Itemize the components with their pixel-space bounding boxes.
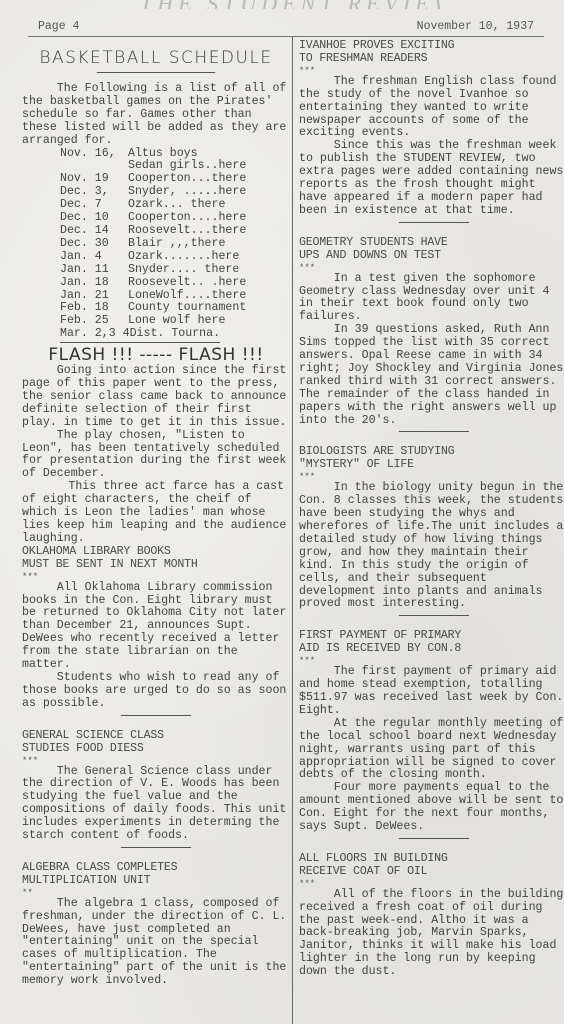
game-opponent: Ozark.......here [128, 251, 290, 264]
article-paragraph: The freshman English class found the stu… [299, 76, 564, 141]
right-column: IVANHOE PROVES EXCITINGTO FRESHMAN READE… [299, 40, 564, 979]
article-headline: OKLAHOMA LIBRARY BOOKS [22, 546, 290, 559]
article-separator [121, 715, 191, 716]
article: BIOLOGISTS ARE STUDYING"MYSTERY" OF LIFE… [299, 446, 564, 611]
schedule-row: Jan. 4Ozark.......here [60, 251, 290, 264]
flash-paragraph: This three act farce has a cast of eight… [22, 481, 290, 546]
article-separator [399, 222, 469, 223]
header-rule [28, 36, 544, 37]
article-paragraph: In a test given the sophomore Geometry c… [299, 273, 564, 325]
article: ALL FLOORS IN BUILDINGRECEIVE COAT OF OI… [299, 853, 564, 979]
issue-date: November 10, 1937 [417, 20, 534, 33]
game-opponent: Roosevelt.. .here [128, 277, 290, 290]
article-paragraph: In 39 questions asked, Ruth Ann Sims top… [299, 324, 564, 427]
article-separator [399, 615, 469, 616]
game-date: Jan. 18 [60, 277, 128, 290]
game-opponent: Snyder.... there [128, 264, 290, 277]
article-paragraph: All of the floors in the building receiv… [299, 889, 564, 979]
flash-paragraph: Going into action since the first page o… [22, 365, 290, 430]
left-column: BASKETBALL SCHEDULE The Following is a l… [22, 40, 290, 988]
game-date: Jan. 11 [60, 264, 128, 277]
right-articles: IVANHOE PROVES EXCITINGTO FRESHMAN READE… [299, 40, 564, 979]
schedule-row: Dec. 14Roosevelt...there [60, 225, 290, 238]
schedule-intro: The Following is a list of all of the ba… [22, 83, 290, 148]
article-paragraph: At the regular monthly meeting of the lo… [299, 718, 564, 783]
article-paragraph: In the biology unity begun in the Con. 8… [299, 482, 564, 611]
article-paragraph: Four more payments equal to the amount m… [299, 782, 564, 834]
title-underline [97, 72, 215, 73]
article: FIRST PAYMENT OF PRIMARYAID IS RECEIVED … [299, 630, 564, 834]
article-headline: GEOMETRY STUDENTS HAVE [299, 237, 564, 250]
game-opponent: Roosevelt...there [128, 225, 290, 238]
game-opponent: Dist. Tourna. [130, 327, 220, 340]
article: GEOMETRY STUDENTS HAVEUPS AND DOWNS ON T… [299, 237, 564, 428]
schedule-row: Dec. 30Blair ,,,there [60, 238, 290, 251]
article-headline: MULTIPLICATION UNIT [22, 875, 290, 888]
schedule-row: Jan. 11Snyder.... there [60, 264, 290, 277]
game-opponent: Blair ,,,there [128, 238, 290, 251]
article: OKLAHOMA LIBRARY BOOKSMUST BE SENT IN NE… [22, 546, 290, 711]
game-date: Nov. 16, [60, 148, 128, 161]
article-headline: RECEIVE COAT OF OIL [299, 866, 564, 879]
article-headline: MUST BE SENT IN NEXT MONTH [22, 559, 290, 572]
article: ALGEBRA CLASS COMPLETESMULTIPLICATION UN… [22, 862, 290, 988]
page-number: Page 4 [38, 20, 79, 33]
flash-article: Going into action since the first page o… [22, 365, 290, 546]
article-stars: *** [22, 756, 290, 766]
article-headline: ALL FLOORS IN BUILDING [299, 853, 564, 866]
game-date: Mar. 2,3 4 [60, 327, 130, 340]
article: GENERAL SCIENCE CLASSSTUDIES FOOD DIESS*… [22, 730, 290, 843]
article-headline: ALGEBRA CLASS COMPLETES [22, 862, 290, 875]
article-headline: GENERAL SCIENCE CLASS [22, 730, 290, 743]
masthead: THE STUDENT REVIEW [140, 0, 440, 9]
game-date: Dec. 30 [60, 238, 128, 251]
article-paragraph: The first payment of primary aid and hom… [299, 666, 564, 718]
schedule-row: Mar. 2,3 4Dist. Tourna. [60, 328, 220, 343]
article-headline: STUDIES FOOD DIESS [22, 743, 290, 756]
schedule-row: Jan. 18Roosevelt.. .here [60, 277, 290, 290]
newspaper-page: THE STUDENT REVIEW Page 4 November 10, 1… [0, 0, 564, 1024]
article-paragraph: All Oklahoma Library commission books in… [22, 582, 290, 672]
article-headline: AID IS RECEIVED BY CON.8 [299, 643, 564, 656]
article-separator [121, 847, 191, 848]
article-headline: IVANHOE PROVES EXCITING [299, 40, 564, 53]
column-divider [292, 36, 293, 1024]
schedule-list: Nov. 16,Altus boysSedan girls..hereNov. … [60, 148, 290, 344]
page-header: Page 4 November 10, 1937 [30, 20, 540, 36]
article-headline: TO FRESHMAN READERS [299, 53, 564, 66]
article-headline: "MYSTERY" OF LIFE [299, 459, 564, 472]
game-date: Dec. 14 [60, 225, 128, 238]
game-date: Jan. 4 [60, 251, 128, 264]
schedule-title: BASKETBALL SCHEDULE [22, 48, 290, 68]
flash-title: FLASH !!! ----- FLASH !!! [22, 345, 290, 365]
article-headline: UPS AND DOWNS ON TEST [299, 250, 564, 263]
flash-paragraph: The play chosen, "Listen to Leon", has b… [22, 430, 290, 482]
article-paragraph: The General Science class under the dire… [22, 766, 290, 843]
article-paragraph: Since this was the freshman week to publ… [299, 140, 564, 217]
left-articles: OKLAHOMA LIBRARY BOOKSMUST BE SENT IN NE… [22, 546, 290, 988]
article-paragraph: The algebra 1 class, composed of freshma… [22, 898, 290, 988]
article-paragraph: Students who wish to read any of those b… [22, 672, 290, 711]
article-separator [399, 838, 469, 839]
article: IVANHOE PROVES EXCITINGTO FRESHMAN READE… [299, 40, 564, 218]
article-separator [399, 431, 469, 432]
